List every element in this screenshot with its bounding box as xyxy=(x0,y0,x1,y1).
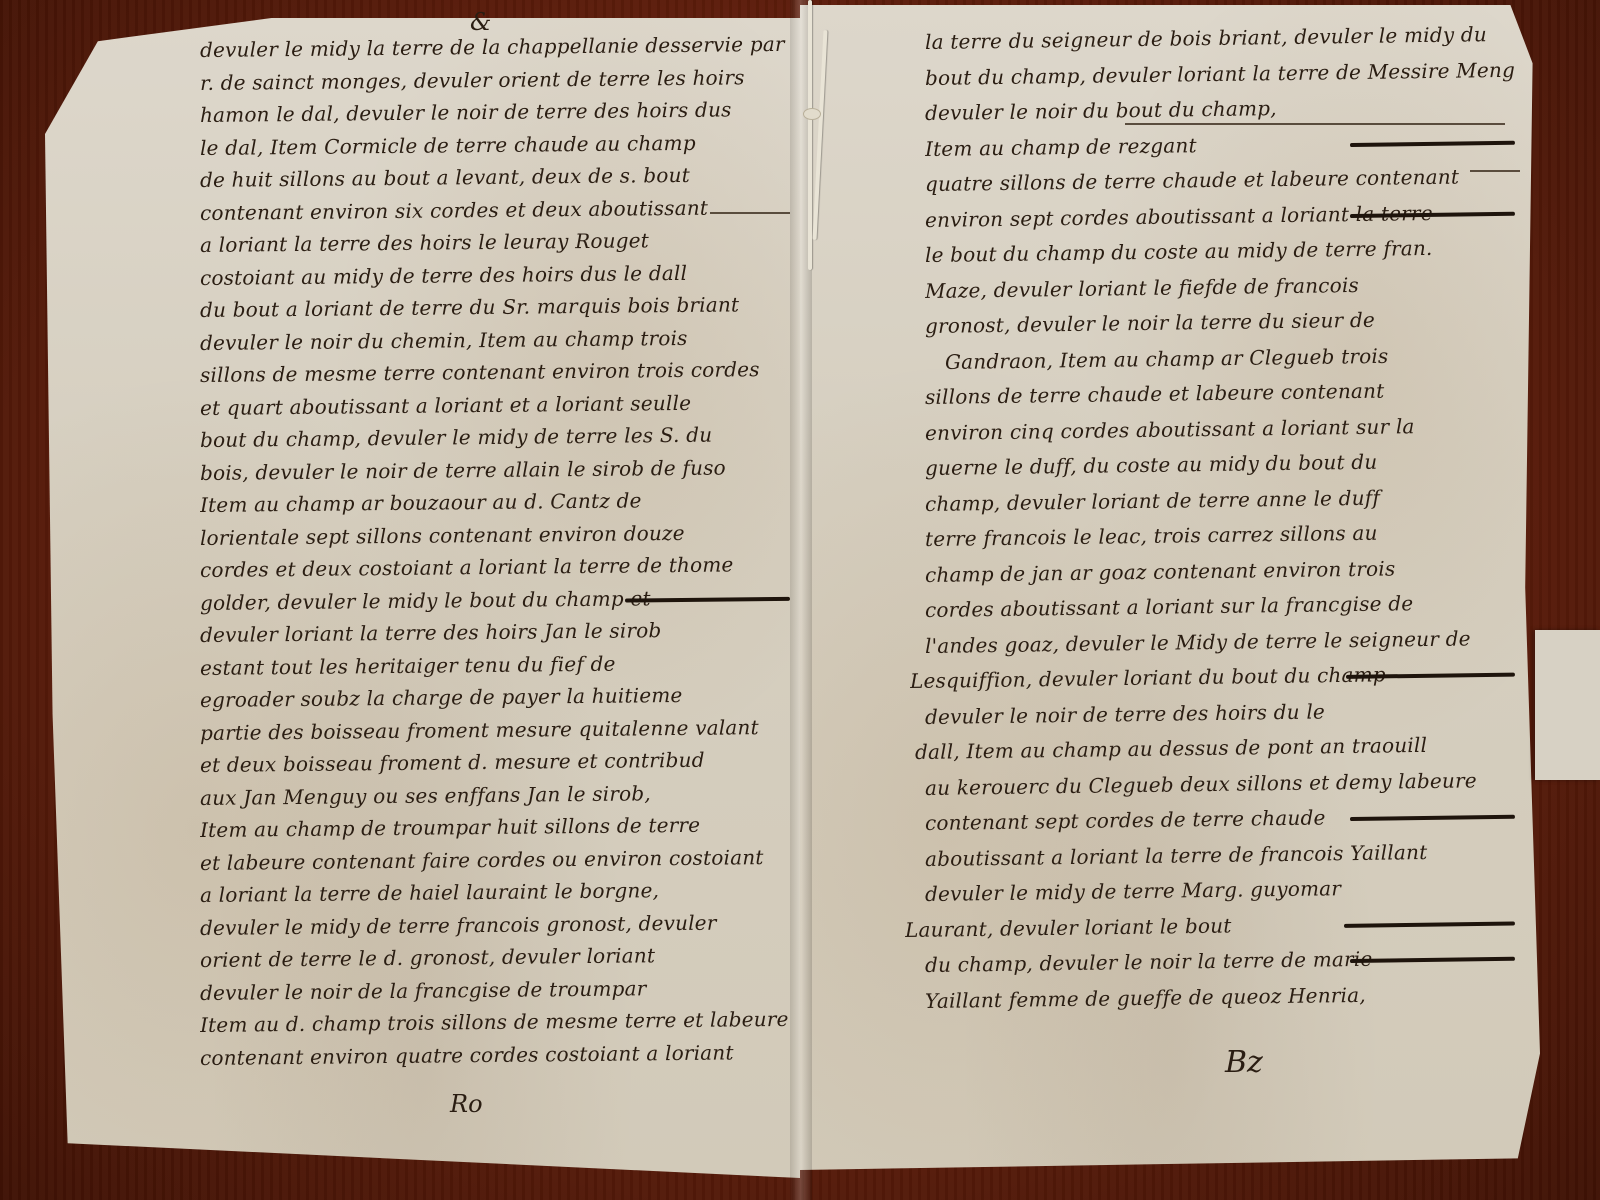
manuscript-line: sillons de terre chaude et labeure conte… xyxy=(925,377,1515,409)
manuscript-line: guerne le duff, du coste au midy du bout… xyxy=(925,448,1515,480)
manuscript-line: quatre sillons de terre chaude et labeur… xyxy=(925,164,1515,196)
manuscript-line: Maze, devuler loriant le fiefde de franc… xyxy=(925,270,1515,302)
right-page-text: la terre du seigneur de bois briant, dev… xyxy=(0,0,1600,1200)
manuscript-line: au kerouerc du Clegueb deux sillons et d… xyxy=(925,767,1515,799)
manuscript-line: Lesquiffion, devuler loriant du bout du … xyxy=(910,661,1515,693)
manuscript-line: du champ, devuler le noir la terre de ma… xyxy=(925,945,1515,977)
manuscript-line: Laurant, devuler loriant le bout xyxy=(905,909,1515,942)
catchword: Ro xyxy=(450,1090,483,1118)
manuscript-line: champ, devuler loriant de terre anne le … xyxy=(925,483,1515,515)
manuscript-line: devuler le noir de terre des hoirs du le xyxy=(925,696,1515,728)
manuscript-line: environ cinq cordes aboutissant a lorian… xyxy=(925,412,1515,444)
manuscript-line: cordes aboutissant a loriant sur la fran… xyxy=(925,590,1515,622)
manuscript-line: Gandraon, Item au champ ar Clegueb trois xyxy=(945,342,1515,374)
manuscript-line: champ de jan ar goaz contenant environ t… xyxy=(925,554,1515,586)
manuscript-line: devuler le noir du bout du champ, xyxy=(925,93,1515,125)
manuscript-line: Yaillant femme de gueffe de queoz Henria… xyxy=(925,980,1515,1012)
line-filler-rule xyxy=(710,212,790,214)
manuscript-line: bout du champ, devuler loriant la terre … xyxy=(925,57,1515,89)
line-filler-rule xyxy=(1125,123,1505,125)
manuscript-line: gronost, devuler le noir la terre du sie… xyxy=(925,306,1515,338)
manuscript-line: l'andes goaz, devuler le Midy de terre l… xyxy=(925,625,1515,657)
manuscript-line: Item au champ de rezgant xyxy=(925,128,1515,160)
manuscript-line: terre francois le leac, trois carrez sil… xyxy=(925,519,1515,551)
manuscript-line: le bout du champ du coste au midy de ter… xyxy=(925,235,1515,267)
manuscript-line: environ sept cordes aboutissant a lorian… xyxy=(925,199,1515,231)
manuscript-line: la terre du seigneur de bois briant, dev… xyxy=(925,22,1515,54)
manuscript-line: contenant sept cordes de terre chaude xyxy=(925,803,1515,835)
manuscript-line: dall, Item au champ au dessus de pont an… xyxy=(915,732,1515,764)
manuscript-line: aboutissant a loriant la terre de franco… xyxy=(925,838,1515,870)
manuscript-line: devuler le midy de terre Marg. guyomar xyxy=(925,874,1515,906)
signature-mark: Bz xyxy=(1225,1045,1263,1080)
line-filler-rule xyxy=(1470,170,1520,172)
